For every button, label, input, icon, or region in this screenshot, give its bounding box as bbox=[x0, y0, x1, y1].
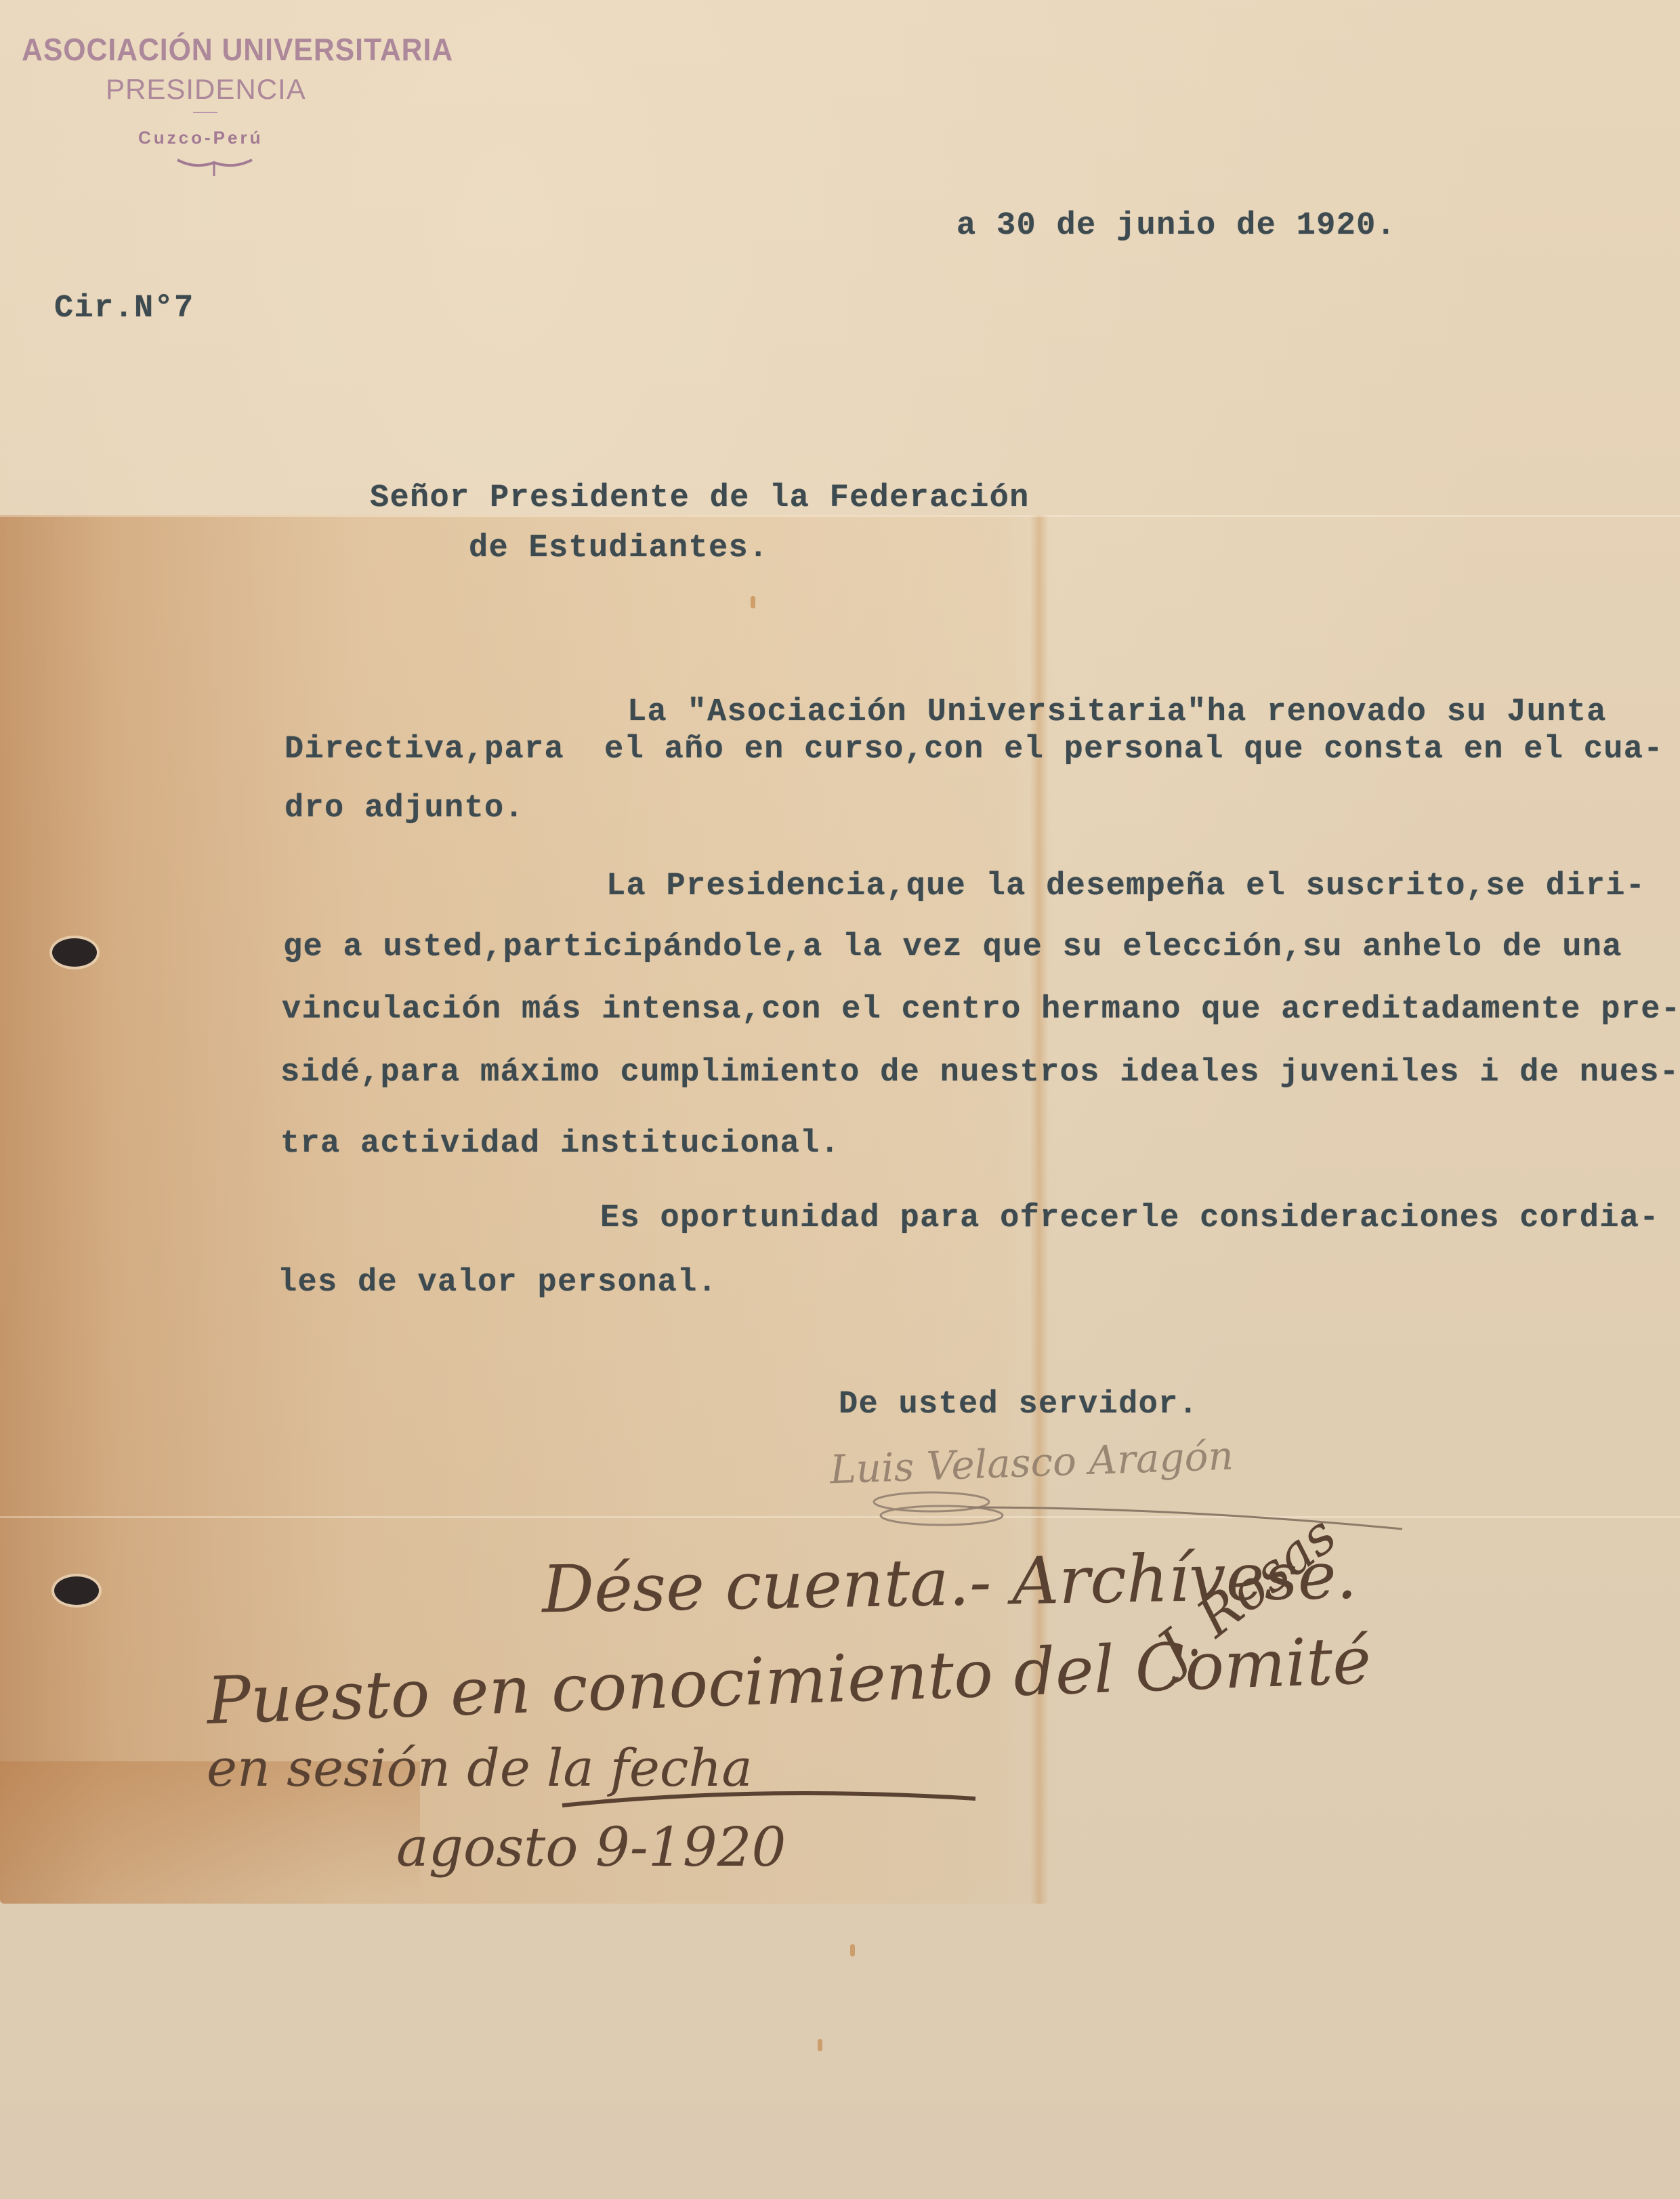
letter-date: a 30 de junio de 1920. bbox=[957, 210, 1396, 242]
body-line: sidé,para máximo cumplimiento de nuestro… bbox=[280, 1057, 1679, 1089]
stamp-location: Cuzco-Perú bbox=[138, 127, 263, 148]
body-line: vinculación más intensa,con el centro he… bbox=[282, 994, 1680, 1026]
punch-hole bbox=[54, 1576, 99, 1605]
foxing-spot bbox=[751, 596, 755, 608]
annotation-underline-icon bbox=[555, 1778, 989, 1819]
foxing-spot bbox=[850, 1944, 855, 1956]
body-line: Directiva,para el año en curso,con el pe… bbox=[285, 734, 1664, 766]
body-line: dro adjunto. bbox=[285, 793, 524, 824]
closing-salutation: De usted servidor. bbox=[839, 1389, 1198, 1421]
stamp-divider bbox=[193, 112, 217, 113]
body-line: tra actividad institucional. bbox=[280, 1128, 840, 1160]
annotation-date: agosto 9-1920 bbox=[396, 1816, 786, 1879]
body-line: Es oportunidad para ofrecerle considerac… bbox=[600, 1202, 1660, 1234]
horizontal-fold-crease bbox=[0, 1516, 1680, 1518]
body-line: La "Asociación Universitaria"ha renovado… bbox=[627, 696, 1607, 728]
circular-number: Cir.N°7 bbox=[54, 293, 194, 324]
stamp-flourish-icon bbox=[175, 154, 256, 179]
addressee-line: Señor Presidente de la Federación bbox=[370, 482, 1030, 514]
body-line: les de valor personal. bbox=[278, 1267, 717, 1299]
stamp-association-name: ASOCIACIÓN UNIVERSITARIA bbox=[22, 31, 453, 68]
addressee-line: de Estudiantes. bbox=[469, 532, 769, 564]
body-line: La Presidencia,que la desempeña el suscr… bbox=[606, 871, 1645, 902]
stamp-office: PRESIDENCIA bbox=[106, 73, 306, 106]
body-line: ge a usted,participándole,a la vez que s… bbox=[283, 931, 1622, 963]
foxing-spot bbox=[818, 2039, 822, 2051]
punch-hole bbox=[52, 938, 97, 967]
